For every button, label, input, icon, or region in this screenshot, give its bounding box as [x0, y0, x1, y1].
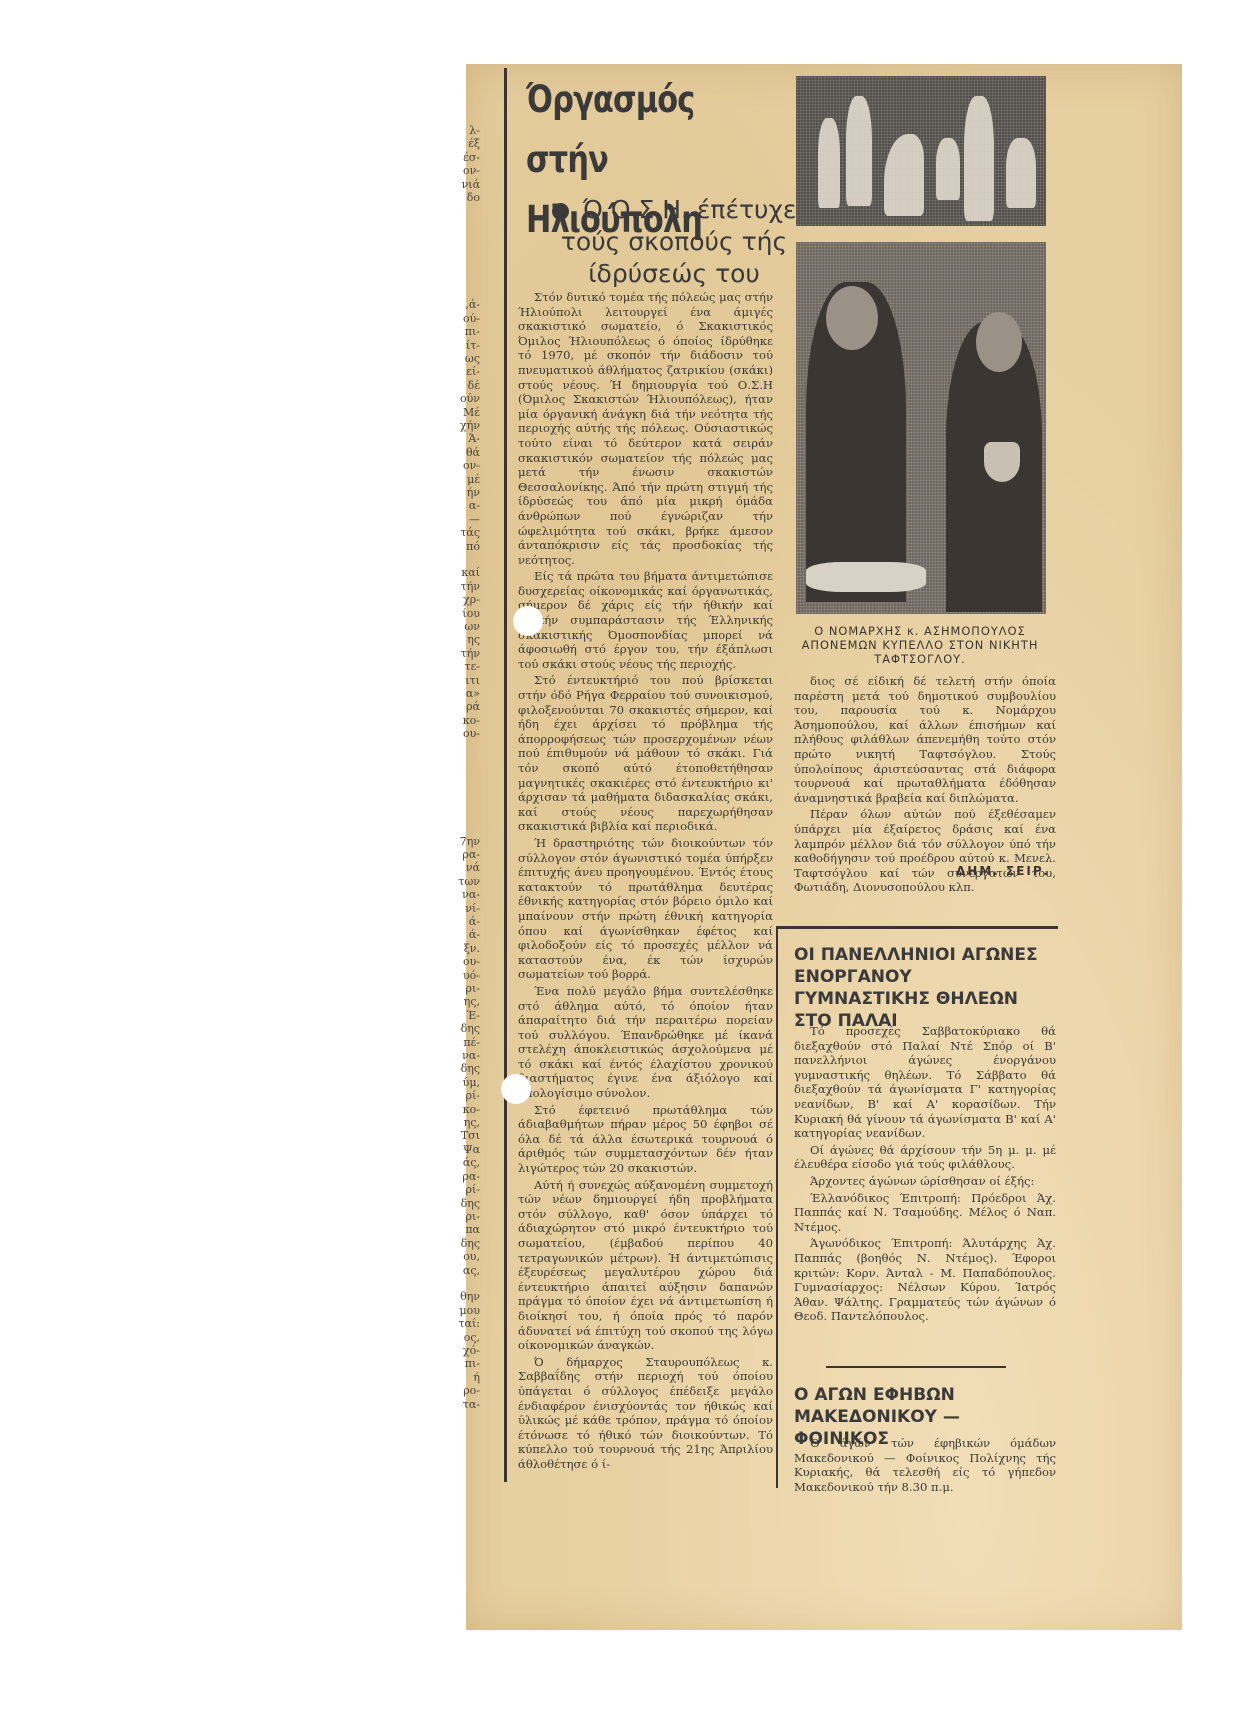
- strip-fragment: α»: [444, 687, 480, 700]
- strip-fragment: ίτ-: [444, 339, 480, 352]
- paragraph: Άρχοντες άγώνων ώρίσθησαν οί έξής:: [794, 1174, 1056, 1189]
- strip-fragment: α-: [444, 499, 480, 512]
- strip-fragment: θά: [444, 446, 480, 459]
- strip-fragment: δέ: [444, 379, 480, 392]
- strip-fragment: ρο-: [444, 1384, 480, 1397]
- strip-fragment: ρα-: [444, 848, 480, 861]
- punch-hole: [513, 606, 543, 636]
- byline: ΔΗΜ. ΣΕΙΡ.: [956, 864, 1050, 878]
- strip-fragment: ρί-: [444, 1183, 480, 1196]
- strip-fragment: ά-: [444, 928, 480, 941]
- strip-fragment: υό-: [444, 969, 480, 982]
- strip-fragment: —: [444, 513, 480, 526]
- section-divider-2: [826, 1366, 1006, 1368]
- strip-fragment: πα: [444, 1223, 480, 1236]
- strip-fragment: ας,: [444, 1264, 480, 1277]
- column-rule-left: [504, 68, 507, 1482]
- chess-pieces-photo: [796, 76, 1046, 226]
- strip-fragment: χρ-: [444, 593, 480, 606]
- strip-fragment: ύμ,: [444, 1076, 480, 1089]
- article-subhead: Ό Ο.Σ.Η. έπέτυχε τούς σκοπούς τής ίδρύσε…: [524, 194, 824, 290]
- strip-fragment: ή: [444, 1371, 480, 1384]
- strip-fragment: τάς: [444, 526, 480, 539]
- strip-fragment: πέ-: [444, 1036, 480, 1049]
- strip-fragment: να-: [444, 888, 480, 901]
- strip-fragment: ων: [444, 620, 480, 633]
- strip-fragment: έξ: [444, 137, 480, 150]
- paragraph: Είς τά πρώτα του βήματα άντιμετώπισε δυσ…: [518, 569, 773, 671]
- strip-fragment: λ-: [444, 124, 480, 137]
- strip-fragment: ον-: [444, 459, 480, 472]
- strip-fragment: κο-: [444, 1103, 480, 1116]
- strip-fragment: ρί-: [444, 1089, 480, 1102]
- strip-fragment: δης: [444, 1062, 480, 1075]
- strip-fragment: ρά: [444, 700, 480, 713]
- strip-fragment: να-: [444, 1049, 480, 1062]
- strip-fragment: ης: [444, 633, 480, 646]
- paragraph: Πέραν όλων αύτών πού έξεθέσαμεν ύπάρχει …: [794, 807, 1056, 895]
- strip-fragment: έσ-: [444, 151, 480, 164]
- paragraph: Ένα πολύ μεγάλο βήμα συντελέσθηκε στό άθ…: [518, 984, 773, 1101]
- strip-fragment: 7ην: [444, 835, 480, 848]
- strip-fragment: κο-: [444, 714, 480, 727]
- strip-fragment: τήν: [444, 580, 480, 593]
- section-divider: [776, 926, 1058, 929]
- cup-presentation-photo: [796, 242, 1046, 614]
- gymnastics-body: Τό προσεχές Σαββατοκύριακο θά διεξαχθούν…: [794, 1024, 1056, 1326]
- strip-fragment: ρι-: [444, 982, 480, 995]
- strip-fragment: ης,: [444, 995, 480, 1008]
- strip-fragment: πι-: [444, 325, 480, 338]
- strip-fragment: ταί:: [444, 1317, 480, 1330]
- strip-fragment: δης: [444, 1197, 480, 1210]
- paragraph: Τό προσεχές Σαββατοκύριακο θά διεξαχθούν…: [794, 1024, 1056, 1141]
- strip-fragment: μου: [444, 1304, 480, 1317]
- strip-fragment: ίου: [444, 607, 480, 620]
- adjacent-column-strip: λ-έξέσ-ον-νιάδο ,ά-ού-πι-ίτ-ωςεί-δέούνΜέ…: [444, 124, 480, 1444]
- strip-fragment: πι-: [444, 1357, 480, 1370]
- youth-match-body: Ό άγών τών έφηβικών όμάδων Μακεδονικού —…: [794, 1436, 1056, 1494]
- strip-fragment: ήν: [444, 486, 480, 499]
- strip-fragment: ού-: [444, 312, 480, 325]
- headline-line-1: Όργασμός στήν: [526, 70, 756, 190]
- strip-fragment: ος,: [444, 1331, 480, 1344]
- strip-fragment: ά-: [444, 915, 480, 928]
- strip-fragment: ,ά-: [444, 298, 480, 311]
- strip-fragment: μέ: [444, 473, 480, 486]
- strip-fragment: ης,: [444, 1116, 480, 1129]
- paragraph: διος σέ είδική δέ τελετή στήν όποία παρέ…: [794, 674, 1056, 805]
- gymnastics-headline: ΟΙ ΠΑΝΕΛΛΗΝΙΟΙ ΑΓΩΝΕΣ ΕΝΟΡΓΑΝΟΥ ΓΥΜΝΑΣΤΙ…: [794, 944, 1044, 1032]
- punch-hole: [501, 1074, 531, 1104]
- paragraph: Στό έφετεινό πρωτάθλημα τών άδιαβαθμήτων…: [518, 1103, 773, 1176]
- strip-fragment: νί-: [444, 902, 480, 915]
- paragraph: Στόν δυτικό τομέα τής πόλεώς μας στήν Ήλ…: [518, 290, 773, 567]
- strip-fragment: τήν: [444, 647, 480, 660]
- newspaper-clipping: λ-έξέσ-ον-νιάδο ,ά-ού-πι-ίτ-ωςεί-δέούνΜέ…: [466, 64, 1182, 1630]
- strip-fragment: νά: [444, 861, 480, 874]
- strip-fragment: νιά: [444, 178, 480, 191]
- strip-fragment: καί: [444, 566, 480, 579]
- column-rule-middle: [776, 928, 778, 1488]
- strip-fragment: τα-: [444, 1398, 480, 1411]
- strip-fragment: ου-: [444, 727, 480, 740]
- strip-fragment: δης: [444, 1022, 480, 1035]
- strip-fragment: δης: [444, 1237, 480, 1250]
- strip-fragment: χό-: [444, 1344, 480, 1357]
- paragraph: Ό δήμαρχος Σταυρουπόλεως κ. Σαββαΐδης στ…: [518, 1355, 773, 1472]
- article-body: Στόν δυτικό τομέα τής πόλεώς μας στήν Ήλ…: [518, 290, 773, 1474]
- strip-fragment: πό: [444, 540, 480, 553]
- strip-fragment: ου-: [444, 955, 480, 968]
- strip-fragment: εί-: [444, 365, 480, 378]
- strip-fragment: ξν.: [444, 942, 480, 955]
- paragraph: Έλλανόδικος Έπιτροπή: Πρόεδροι Άχ. Παππά…: [794, 1191, 1056, 1235]
- strip-fragment: Ά-: [444, 432, 480, 445]
- strip-fragment: Έ-: [444, 1009, 480, 1022]
- strip-fragment: ιτι: [444, 674, 480, 687]
- strip-fragment: ρι-: [444, 1210, 480, 1223]
- strip-fragment: Ψα: [444, 1143, 480, 1156]
- strip-fragment: δο: [444, 191, 480, 204]
- strip-fragment: θην: [444, 1290, 480, 1303]
- strip-fragment: τε-: [444, 660, 480, 673]
- strip-fragment: ρα-: [444, 1170, 480, 1183]
- strip-fragment: άς,: [444, 1156, 480, 1169]
- strip-fragment: ον-: [444, 164, 480, 177]
- strip-fragment: Τσι: [444, 1129, 480, 1142]
- bullet-icon: [552, 203, 569, 220]
- paragraph: Άγωνόδικος Έπιτροπή: Άλυτάρχης Άχ. Παππά…: [794, 1236, 1056, 1324]
- paragraph: Οί άγώνες θά άρχίσουν τήν 5η μ. μ. μέ έλ…: [794, 1143, 1056, 1172]
- strip-fragment: ως: [444, 352, 480, 365]
- photo-caption: Ο ΝΟΜΑΡΧΗΣ κ. ΑΣΗΜΟΠΟΥΛΟΣ ΑΠΟΝΕΜΩΝ ΚΥΠΕΛ…: [800, 624, 1040, 666]
- strip-fragment: των: [444, 875, 480, 888]
- paragraph: Στό έντευκτήριό του πού βρίσκεται στήν ό…: [518, 673, 773, 834]
- strip-fragment: χήν: [444, 419, 480, 432]
- strip-fragment: ου,: [444, 1250, 480, 1263]
- paragraph: Αύτή ή συνεχώς αύξανομένη συμμετοχή τών …: [518, 1178, 773, 1353]
- strip-fragment: [444, 553, 480, 566]
- paragraph: Ή δραστηριότης τών διοικούντων τόν σύλλο…: [518, 836, 773, 982]
- strip-fragment: ούν: [444, 392, 480, 405]
- strip-fragment: Μέ: [444, 406, 480, 419]
- strip-fragment: [444, 1277, 480, 1290]
